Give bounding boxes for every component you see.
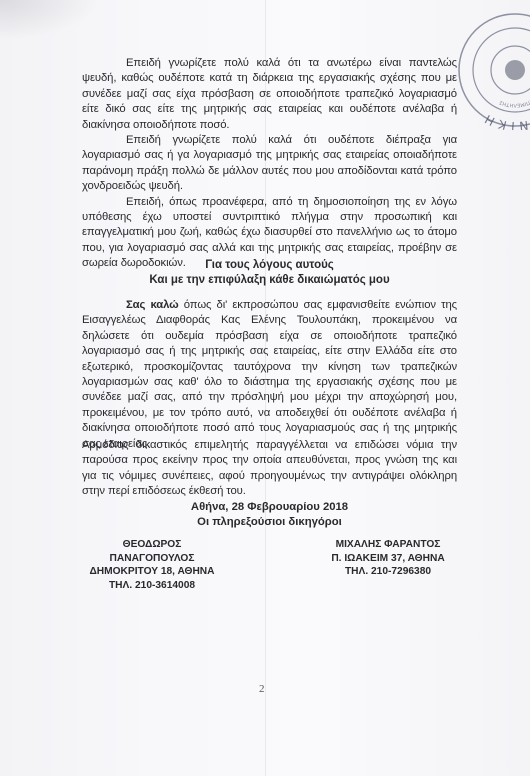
stamp-outer-text: ΕΛΛΗΝΙΚΗ xyxy=(479,88,530,130)
svg-text:ΕΛΛΗΝΙΚΗ: ΕΛΛΗΝΙΚΗ xyxy=(479,88,530,130)
heading-line-reasons: Για τους λόγους αυτούς xyxy=(82,258,457,273)
signatory-name: ΜΙΧΑΛΗΣ ΦΑΡΑΝΤΟΣ xyxy=(318,538,458,552)
paragraph-no-illegal-act: Επειδή γνωρίζετε πολύ καλά ότι ουδέποτε … xyxy=(82,133,457,195)
paragraph-false-claims: Επειδή γνωρίζετε πολύ καλά ότι τα ανωτέρ… xyxy=(82,56,457,133)
closing-block: Αθήνα, 28 Φεβρουαρίου 2018 Οι πληρεξούσι… xyxy=(82,500,457,530)
request-bold-phrase: Σας καλώ xyxy=(126,299,179,311)
signatory-right: ΜΙΧΑΛΗΣ ΦΑΡΑΝΤΟΣ Π. ΙΩΑΚΕΙΜ 37, ΑΘΗΝΑ ΤΗ… xyxy=(318,538,458,579)
signatory-phone: ΤΗΛ. 210-7296380 xyxy=(318,565,458,579)
signatory-address: ΔΗΜΟΚΡΙΤΟΥ 18, ΑΘΗΝΑ xyxy=(82,565,222,579)
opening-paragraphs: Επειδή γνωρίζετε πολύ καλά ότι τα ανωτέρ… xyxy=(82,56,457,272)
official-stamp-icon: ΕΛΛΗΝΙΚΗ ΔΙΚΑΣΤΙΚΟΣ ΕΠΙΜΕΛΗΤΗΣ xyxy=(455,10,530,130)
heading-line-reservation: Και με την επιφύλαξη κάθε δικαιώματός μο… xyxy=(82,273,457,288)
date-line: Αθήνα, 28 Φεβρουαρίου 2018 xyxy=(82,500,457,515)
signatory-phone: ΤΗΛ. 210-3614008 xyxy=(82,579,222,593)
section-heading: Για τους λόγους αυτούς Και με την επιφύλ… xyxy=(82,258,457,288)
bailiff-section: Αρμόδιος δικαστικός επιμελητής παραγγέλλ… xyxy=(82,438,457,500)
document-page: Επειδή γνωρίζετε πολύ καλά ότι τα ανωτέρ… xyxy=(0,0,530,776)
request-section: Σας καλώ όπως δι' εκπροσώπου σας εμφανισ… xyxy=(82,298,457,452)
signatory-address: Π. ΙΩΑΚΕΙΜ 37, ΑΘΗΝΑ xyxy=(318,552,458,566)
request-body-text: όπως δι' εκπροσώπου σας εμφανισθείτε ενώ… xyxy=(82,299,457,450)
signatory-left: ΘΕΟΔΩΡΟΣ ΠΑΝΑΓΟΠΟΥΛΟΣ ΔΗΜΟΚΡΙΤΟΥ 18, ΑΘΗ… xyxy=(82,538,222,592)
attorneys-line: Οι πληρεξούσιοι δικηγόροι xyxy=(82,515,457,530)
page-number: 2 xyxy=(259,683,265,695)
page-corner-shadow xyxy=(0,0,100,40)
paragraph-request: Σας καλώ όπως δι' εκπροσώπου σας εμφανισ… xyxy=(82,298,457,452)
paragraph-bailiff-instruction: Αρμόδιος δικαστικός επιμελητής παραγγέλλ… xyxy=(82,438,457,500)
signatory-name: ΘΕΟΔΩΡΟΣ ΠΑΝΑΓΟΠΟΥΛΟΣ xyxy=(82,538,222,565)
